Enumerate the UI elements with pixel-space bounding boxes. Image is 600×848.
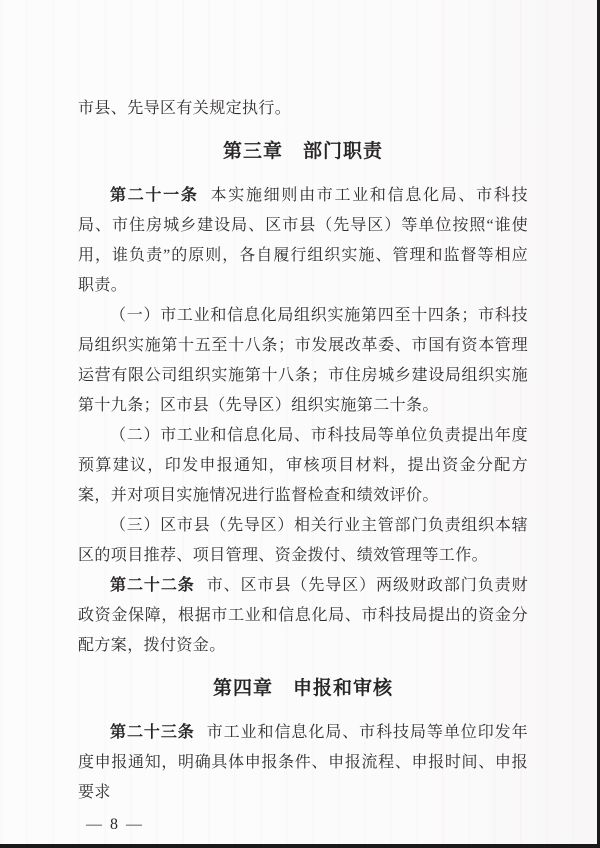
article-21-paragraph: 第二十一条本实施细则由市工业和信息化局、市科技局、市住房城乡建设局、区市县（先导…: [78, 181, 528, 301]
article-22-number: 第二十二条: [110, 577, 195, 594]
article-21-number: 第二十一条: [110, 187, 199, 204]
item-1-paragraph: （一）市工业和信息化局组织实施第四至十四条；市科技局组织实施第十五至十八条；市发…: [78, 301, 528, 421]
chapter-4-heading: 第四章 申报和审核: [78, 676, 528, 702]
item-3-paragraph: （三）区市县（先导区）相关行业主管部门负责组织本辖区的项目推荐、项目管理、资金拨…: [78, 511, 528, 571]
article-23-number: 第二十三条: [110, 724, 195, 741]
continuation-paragraph: 市县、先导区有关规定执行。: [78, 94, 528, 124]
item-2-paragraph: （二）市工业和信息化局、市科技局等单位负责提出年度预算建议，印发申报通知，审核项…: [78, 421, 528, 511]
article-23-paragraph: 第二十三条市工业和信息化局、市科技局等单位印发年度申报通知，明确具体申报条件、申…: [78, 718, 528, 808]
chapter-3-heading: 第三章 部门职责: [78, 139, 528, 165]
page-number: — 8 —: [78, 810, 528, 840]
document-content: 市县、先导区有关规定执行。 第三章 部门职责 第二十一条本实施细则由市工业和信息…: [0, 0, 597, 840]
article-22-paragraph: 第二十二条市、区市县（先导区）两级财政部门负责财政资金保障，根据市工业和信息化局…: [78, 571, 528, 661]
scanned-document-page: 市县、先导区有关规定执行。 第三章 部门职责 第二十一条本实施细则由市工业和信息…: [0, 0, 600, 848]
